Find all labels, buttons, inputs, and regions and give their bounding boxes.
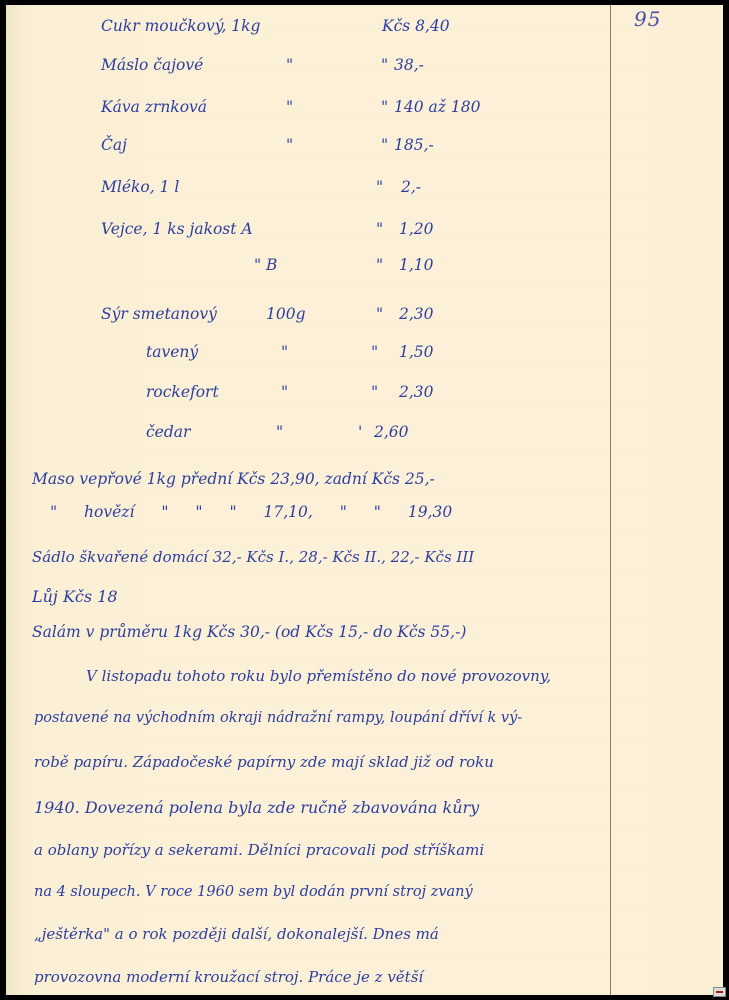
page-number: 95 <box>634 7 661 31</box>
paragraph-line: „ještěrka" a o rok později další, dokona… <box>34 927 439 942</box>
price-item-label: Máslo čajové <box>101 58 203 74</box>
price-item-label: tavený <box>146 345 198 361</box>
price-item-value: 2,30 <box>399 385 434 401</box>
paragraph-line: na 4 sloupech. V roce 1960 sem byl dodán… <box>34 885 473 900</box>
ditto-mark: " <box>381 138 388 154</box>
ditto-mark: " <box>381 100 388 116</box>
paragraph-line: postavené na východním okraji nádražní r… <box>34 711 522 726</box>
price-item-label: Cukr moučkový, 1kg <box>101 19 260 35</box>
paragraph-line: a oblany pořízy a sekerami. Dělníci prac… <box>34 843 484 858</box>
paragraph-line: V listopadu tohoto roku bylo přemístěno … <box>86 669 551 684</box>
ditto-mark: " <box>376 222 383 238</box>
price-item-value: Kčs 8,40 <box>382 19 450 35</box>
meat-line: Sádlo škvařené domácí 32,- Kčs I., 28,- … <box>32 550 474 565</box>
price-item-value: 1,10 <box>399 258 434 274</box>
ditto-mark: " <box>376 180 383 196</box>
ditto-mark: " <box>281 345 288 361</box>
price-item-label: Sýr smetanový <box>101 307 217 323</box>
price-item-label: rockefort <box>146 385 219 401</box>
paragraph-line: robě papíru. Západočeské papírny zde maj… <box>34 755 494 770</box>
price-item-label: Vejce, 1 ks jakost A <box>101 222 253 238</box>
ditto-mark: " <box>286 138 293 154</box>
window-restore-icon[interactable] <box>713 987 726 997</box>
price-item-label: Mléko, 1 l <box>101 180 179 196</box>
notebook-page: 95 Cukr moučkový, 1kg Kčs 8,40 Máslo čaj… <box>6 5 723 995</box>
ditto-mark: " <box>371 345 378 361</box>
price-item-label: " B <box>254 258 277 274</box>
ditto-mark: " <box>376 258 383 274</box>
price-item-value: 140 až 180 <box>394 100 480 116</box>
ditto-mark: " <box>286 58 293 74</box>
meat-line: Lůj Kčs 18 <box>32 589 118 605</box>
price-item-label: Káva zrnková <box>101 100 207 116</box>
price-item-value: 2,30 <box>399 307 434 323</box>
price-item-value: 185,- <box>394 138 434 154</box>
price-item-value: 38,- <box>394 58 424 74</box>
price-item-value: 2,- <box>401 180 421 196</box>
price-item-label: Čaj <box>101 138 127 154</box>
ditto-mark: " <box>371 385 378 401</box>
price-item-unit: 100g <box>266 307 306 323</box>
price-item-value: 2,60 <box>374 425 409 441</box>
ditto-mark: " <box>281 385 288 401</box>
paragraph-line: provozovna moderní kroužací stroj. Práce… <box>34 970 423 985</box>
ditto-mark: " <box>376 307 383 323</box>
ditto-mark: ' <box>358 425 362 441</box>
paragraph-line: 1940. Dovezená polena byla zde ručně zba… <box>34 800 479 816</box>
ditto-mark: " <box>276 425 283 441</box>
meat-line: Maso vepřové 1kg přední Kčs 23,90, zadní… <box>32 472 435 488</box>
meat-line: " hovězí " " " 17,10, " " 19,30 <box>50 505 452 521</box>
ditto-mark: " <box>286 100 293 116</box>
price-item-label: čedar <box>146 425 190 441</box>
price-item-value: 1,50 <box>399 345 434 361</box>
meat-line: Salám v průměru 1kg Kčs 30,- (od Kčs 15,… <box>32 625 466 641</box>
price-item-value: 1,20 <box>399 222 434 238</box>
ditto-mark: " <box>381 58 388 74</box>
margin-line <box>610 5 611 995</box>
